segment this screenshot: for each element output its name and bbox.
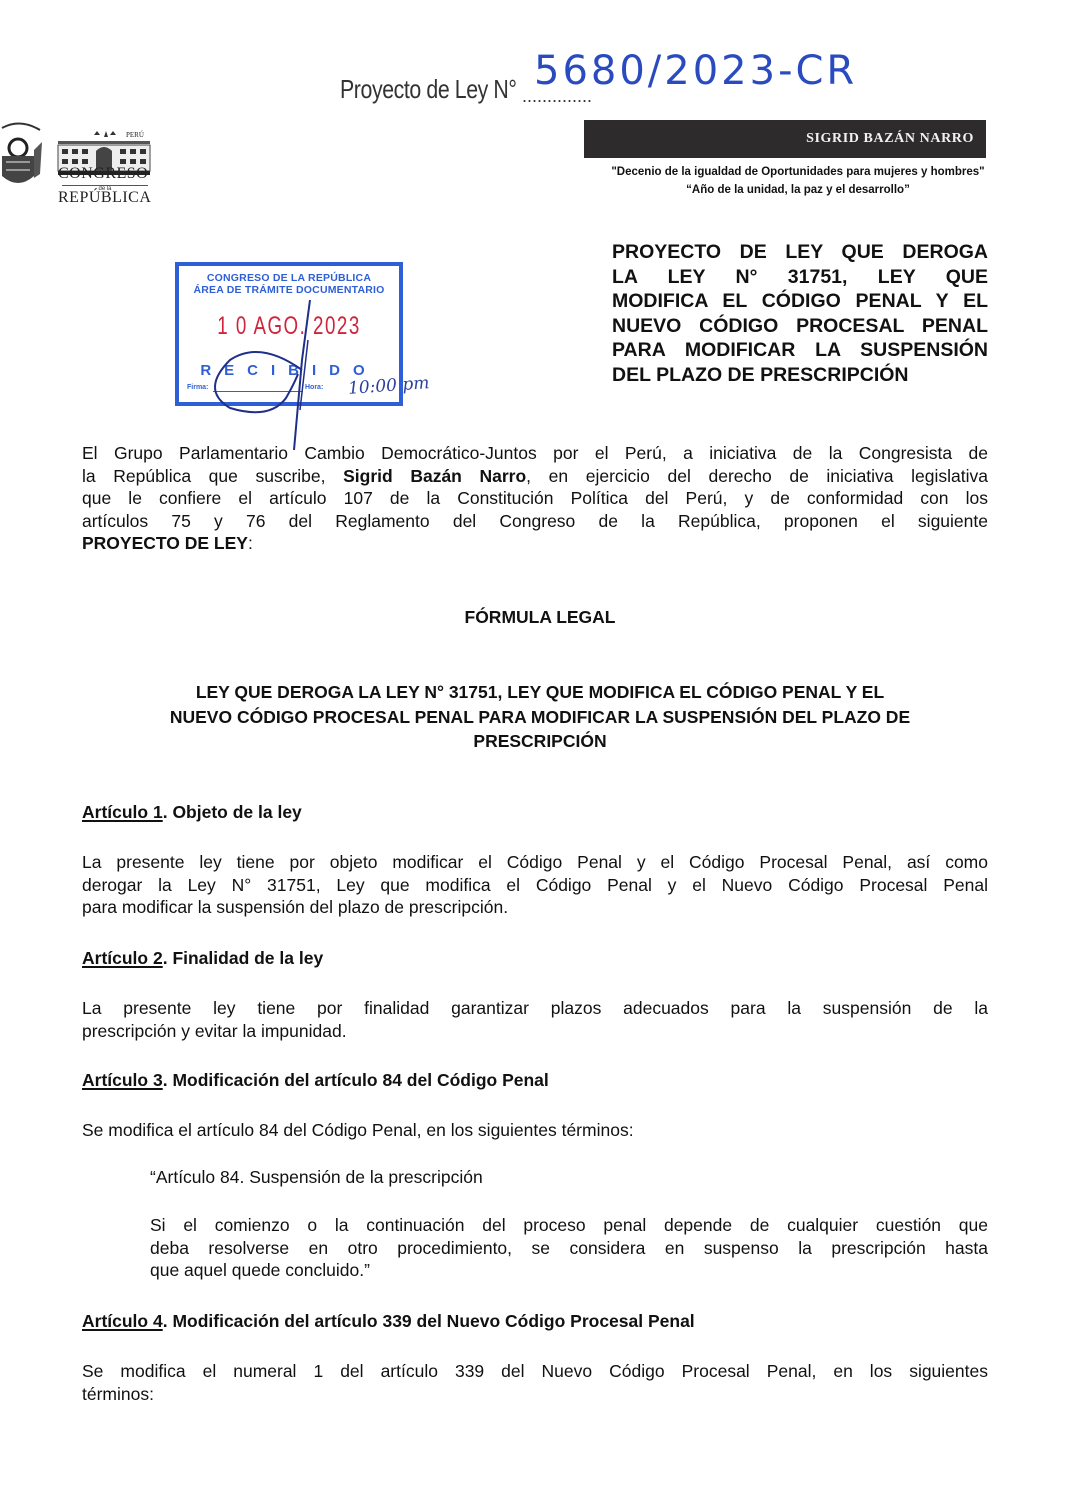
law-title-line: NUEVO CÓDIGO PROCESAL PENAL PARA MODIFIC… [82, 705, 998, 730]
article-1-heading: Artículo 1. Objeto de la ley [82, 802, 302, 823]
article-84-quote-title: “Artículo 84. Suspensión de la prescripc… [150, 1166, 483, 1189]
intro-text: : [248, 533, 253, 553]
article-title: . Finalidad de la ley [163, 948, 323, 968]
author-name-band: SIGRID BAZÁN NARRO [584, 120, 986, 158]
law-title: LEY QUE DEROGA LA LEY N° 31751, LEY QUE … [82, 680, 998, 754]
bill-title-block: PROYECTO DE LEY QUE DEROGA LA LEY N° 317… [612, 240, 988, 387]
republica-logo-text: REPÚBLICA [58, 189, 151, 207]
article-4-text: Se modifica el numeral 1 del artículo 33… [82, 1360, 988, 1405]
peru-coat-of-arms-icon [0, 118, 44, 192]
article-line: Se modifica el numeral 1 del artículo 33… [82, 1360, 988, 1383]
article-4-heading: Artículo 4. Modificación del artículo 33… [82, 1311, 695, 1332]
stamp-institution: CONGRESO DE LA REPÚBLICA [179, 272, 399, 284]
project-number-label: Proyecto de Ley N° [340, 74, 517, 105]
intro-paragraph: El Grupo Parlamentario Cambio Democrátic… [82, 442, 988, 555]
motto-decade: "Decenio de la igualdad de Oportunidades… [548, 166, 1048, 178]
law-title-line: LEY QUE DEROGA LA LEY N° 31751, LEY QUE … [82, 680, 998, 705]
article-line: para modificar la suspensión del plazo d… [82, 896, 988, 919]
article-line: derogar la Ley N° 31751, Ley que modific… [82, 874, 988, 897]
quote-line: deba resolverse en otro procedimiento, s… [150, 1237, 988, 1260]
intro-line: que le confiere el artículo 107 de la Co… [82, 487, 988, 510]
bill-title-line: PROYECTO DE LEY QUE DEROGA [612, 240, 988, 265]
article-line: prescripción y evitar la impunidad. [82, 1020, 988, 1043]
intro-line: PROYECTO DE LEY: [82, 532, 988, 555]
article-2-text: La presente ley tiene por finalidad gara… [82, 997, 988, 1042]
article-label: Artículo 4 [82, 1311, 163, 1331]
congreso-logo-text: CONGRESO [58, 165, 148, 183]
intro-line: El Grupo Parlamentario Cambio Democrátic… [82, 442, 988, 465]
proyecto-de-ley-label: PROYECTO DE LEY [82, 533, 248, 553]
article-title: . Modificación del artículo 339 del Nuev… [163, 1311, 695, 1331]
formula-legal-heading: FÓRMULA LEGAL [0, 607, 1080, 628]
article-2-heading: Artículo 2. Finalidad de la ley [82, 948, 323, 969]
article-line: términos: [82, 1383, 988, 1406]
law-title-line: PRESCRIPCIÓN [82, 729, 998, 754]
article-3-text: Se modifica el artículo 84 del Código Pe… [82, 1119, 634, 1142]
author-name-inline: Sigrid Bazán Narro [343, 466, 526, 486]
author-name: SIGRID BAZÁN NARRO [806, 131, 986, 147]
intro-text: , en ejercicio del derecho de iniciativa… [526, 466, 988, 486]
bill-title-line: MODIFICA EL CÓDIGO PENAL Y EL [612, 289, 988, 314]
article-title: . Objeto de la ley [163, 802, 302, 822]
article-label: Artículo 3 [82, 1070, 163, 1090]
intro-line: la República que suscribe, Sigrid Bazán … [82, 465, 988, 488]
intro-line: artículos 75 y 76 del Reglamento del Con… [82, 510, 988, 533]
quote-line: que aquel quede concluido.” [150, 1259, 988, 1282]
article-line: La presente ley tiene por objeto modific… [82, 851, 988, 874]
article-line: La presente ley tiene por finalidad gara… [82, 997, 988, 1020]
article-label: Artículo 1 [82, 802, 163, 822]
project-number-handwritten: 5680/2023-CR [534, 48, 857, 94]
bill-title-line: PARA MODIFICAR LA SUSPENSIÓN [612, 338, 988, 363]
article-label: Artículo 2 [82, 948, 163, 968]
article-title: . Modificación del artículo 84 del Códig… [163, 1070, 549, 1090]
article-3-heading: Artículo 3. Modificación del artículo 84… [82, 1070, 549, 1091]
stamp-area: ÁREA DE TRÁMITE DOCUMENTARIO [179, 284, 399, 296]
intro-text: la República que suscribe, [82, 466, 343, 486]
motto-year: “Año de la unidad, la paz y el desarroll… [548, 184, 1048, 196]
bill-title-line: NUEVO CÓDIGO PROCESAL PENAL [612, 314, 988, 339]
peru-logo-label: PERÚ [126, 131, 144, 139]
bill-title-line: LA LEY N° 31751, LEY QUE [612, 265, 988, 290]
article-1-text: La presente ley tiene por objeto modific… [82, 851, 988, 919]
bill-title-line: DEL PLAZO DE PRESCRIPCIÓN [612, 363, 988, 388]
article-84-quote-text: Si el comienzo o la continuación del pro… [150, 1214, 988, 1282]
quote-line: Si el comienzo o la continuación del pro… [150, 1214, 988, 1237]
